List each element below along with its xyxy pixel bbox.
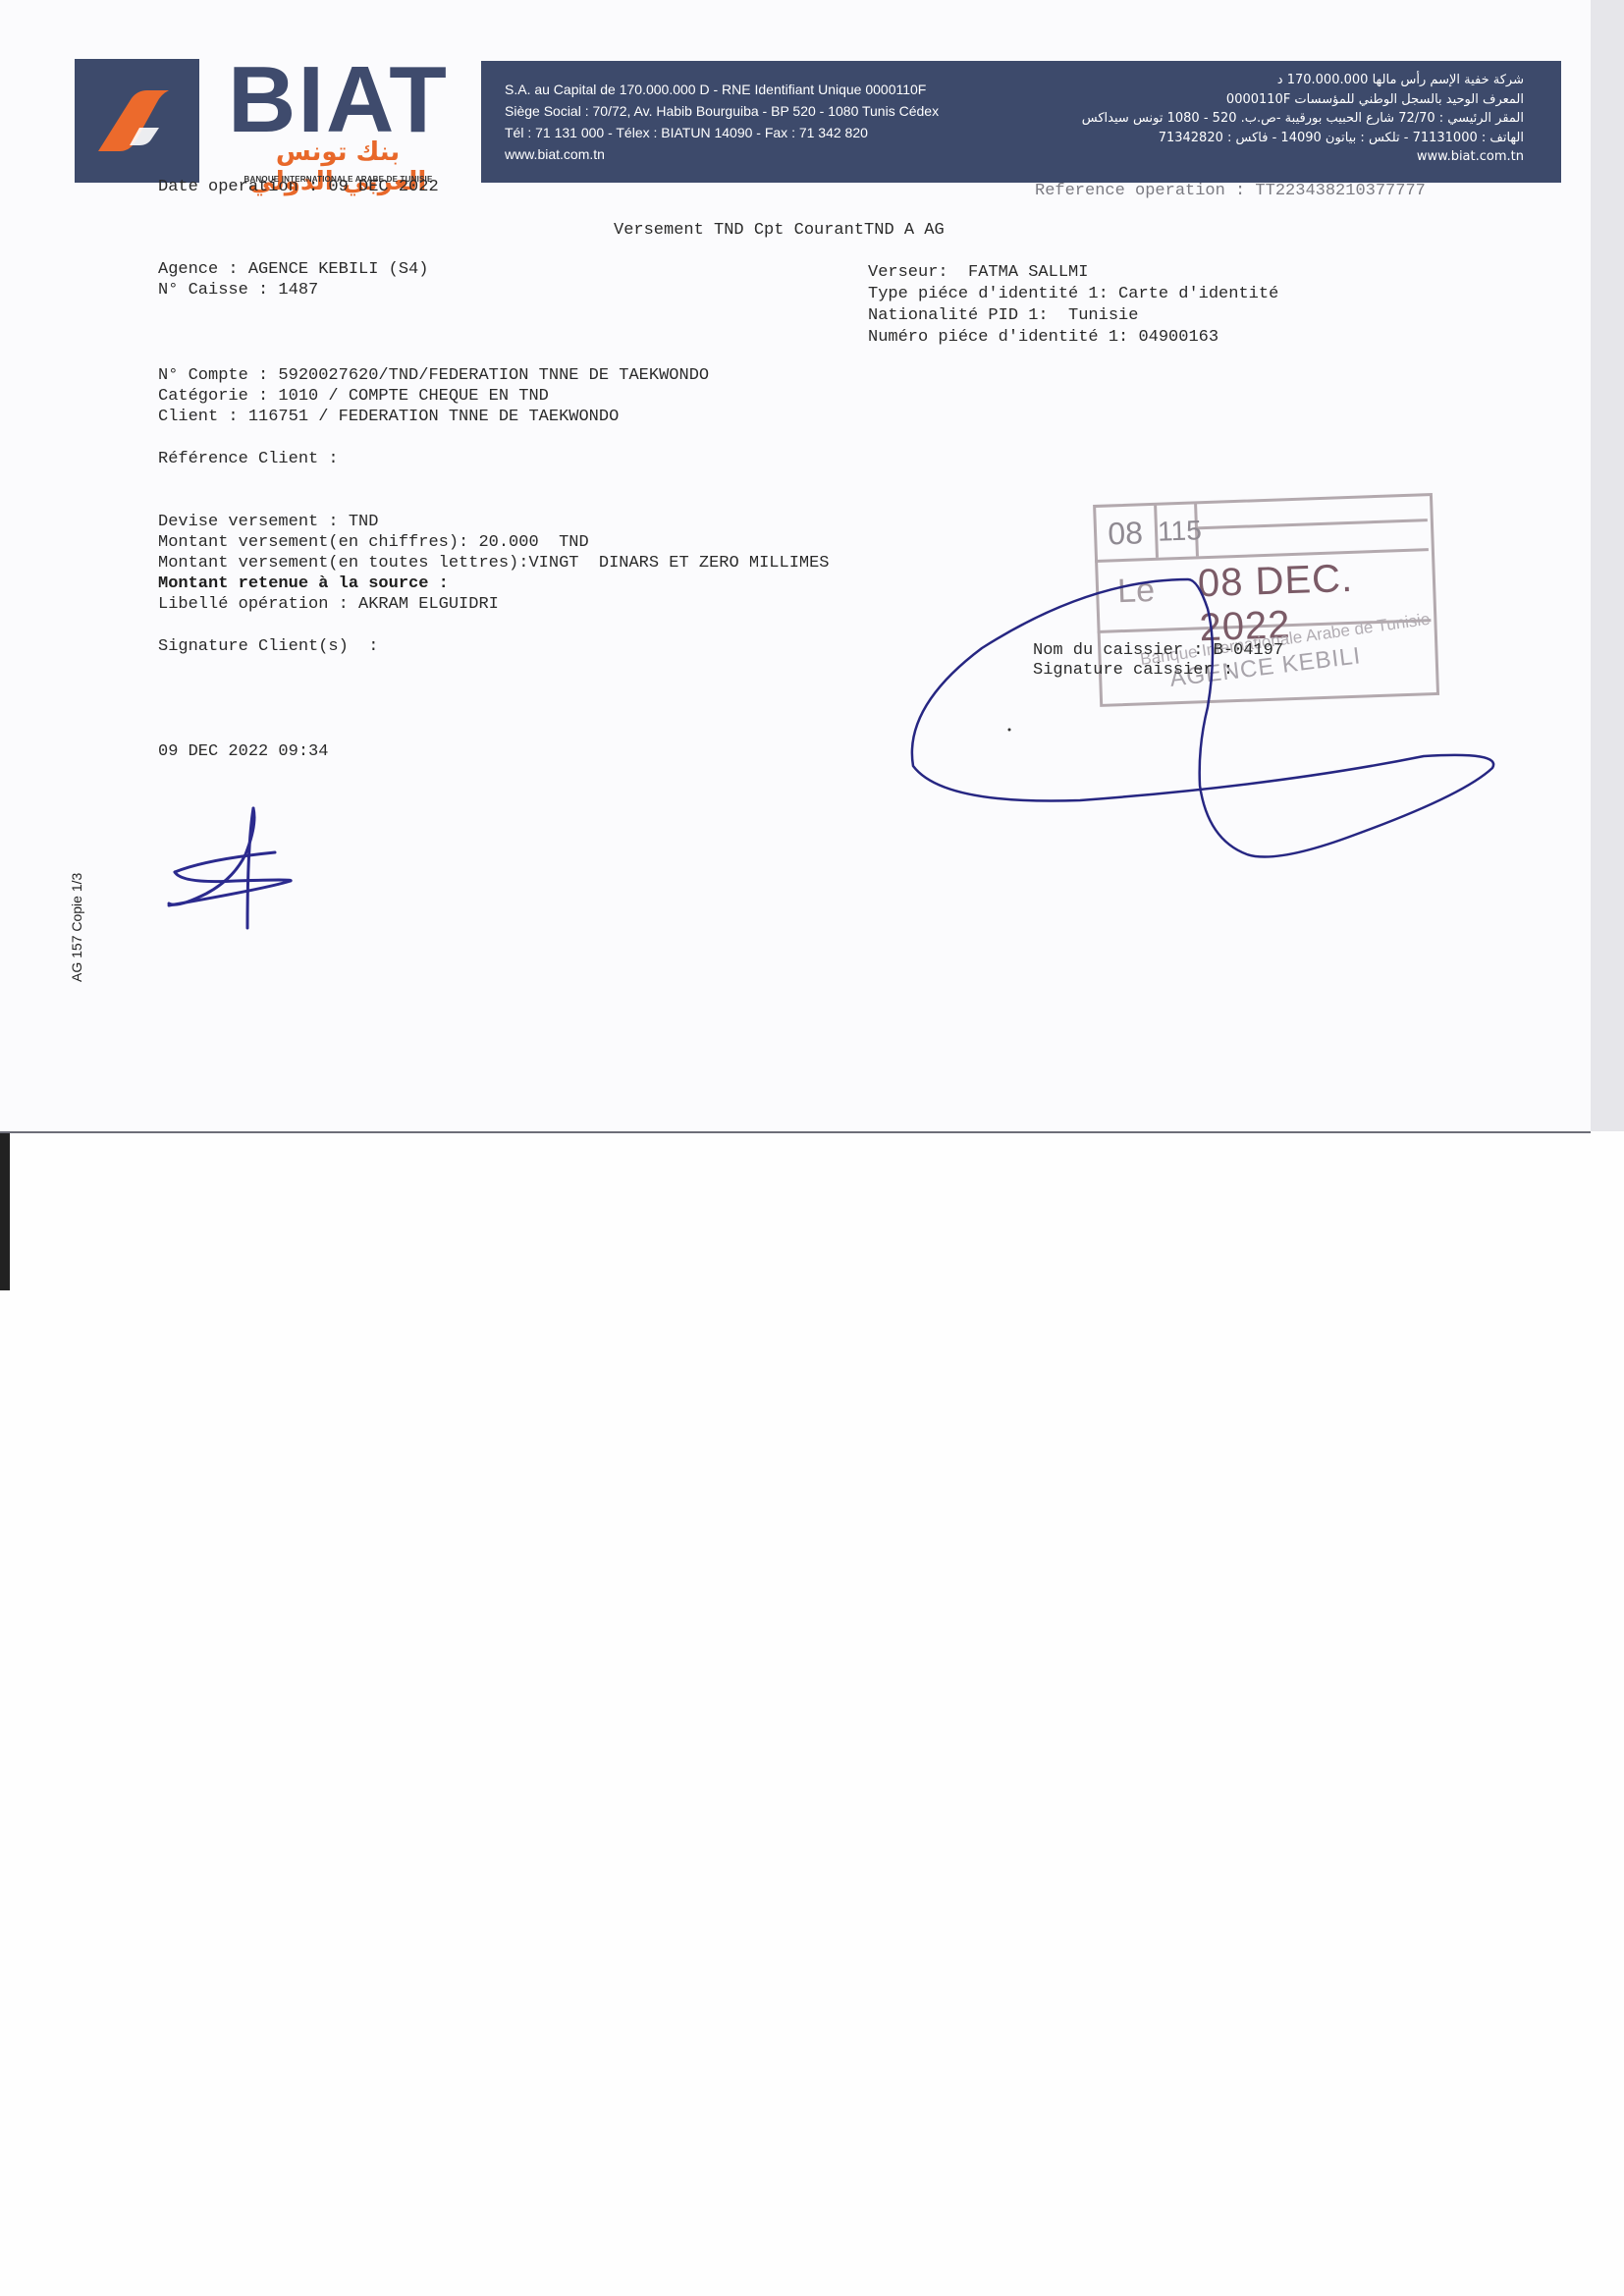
operation-title: Versement TND Cpt CourantTND A AG: [614, 220, 945, 242]
cashier-signature-label: Signature caissier :: [1033, 660, 1233, 682]
id-nationality: Nationalité PID 1: Tunisie: [868, 305, 1138, 327]
stamp-cell-2: 115: [1157, 503, 1199, 557]
account-category: Catégorie : 1010 / COMPTE CHEQUE EN TND: [158, 386, 549, 408]
stamp-cell-1: 08: [1095, 505, 1159, 560]
amount-words: Montant versement(en toutes lettres):VIN…: [158, 553, 830, 574]
operation-label: Libellé opération : AKRAM ELGUIDRI: [158, 594, 499, 616]
bank-info-french: S.A. au Capital de 170.000.000 D - RNE I…: [505, 79, 939, 165]
cashier-name: Nom du caissier : B-04197: [1033, 640, 1283, 662]
client-reference: Référence Client :: [158, 449, 339, 470]
client-signature-label: Signature Client(s) :: [158, 636, 378, 658]
withholding-amount: Montant retenue à la source :: [158, 574, 449, 595]
form-code: AG 157 Copie 1/3: [69, 873, 84, 982]
bank-info-bar: S.A. au Capital de 170.000.000 D - RNE I…: [481, 61, 1561, 183]
id-type: Type piéce d'identité 1: Carte d'identit…: [868, 284, 1278, 305]
amount-figures: Montant versement(en chiffres): 20.000 T…: [158, 532, 589, 554]
scanner-edge-left: [0, 1133, 10, 1290]
reference-operation: Reference operation : TT223438210377777: [1035, 181, 1426, 202]
account-number: N° Compte : 5920027620/TND/FEDERATION TN…: [158, 365, 709, 387]
brand-name: BIAT: [228, 53, 449, 147]
date-operation: Date operation : 09 DEC 2022: [158, 177, 439, 198]
verseur: Verseur: FATMA SALLMI: [868, 262, 1088, 284]
client: Client : 116751 / FEDERATION TNNE DE TAE…: [158, 407, 619, 428]
blank-sheet: [0, 1133, 1624, 2296]
deposit-currency: Devise versement : TND: [158, 512, 378, 533]
bank-info-arabic: شركة خفية الإسم رأس مالها 170.000.000 د …: [1082, 71, 1524, 167]
scanner-edge: [1591, 0, 1624, 1131]
id-number: Numéro piéce d'identité 1: 04900163: [868, 327, 1218, 349]
timestamp: 09 DEC 2022 09:34: [158, 741, 328, 763]
agence: Agence : AGENCE KEBILI (S4): [158, 259, 428, 281]
stamp-le: Le: [1116, 572, 1155, 611]
caisse-number: N° Caisse : 1487: [158, 280, 318, 301]
biat-logo-icon: [75, 59, 199, 183]
